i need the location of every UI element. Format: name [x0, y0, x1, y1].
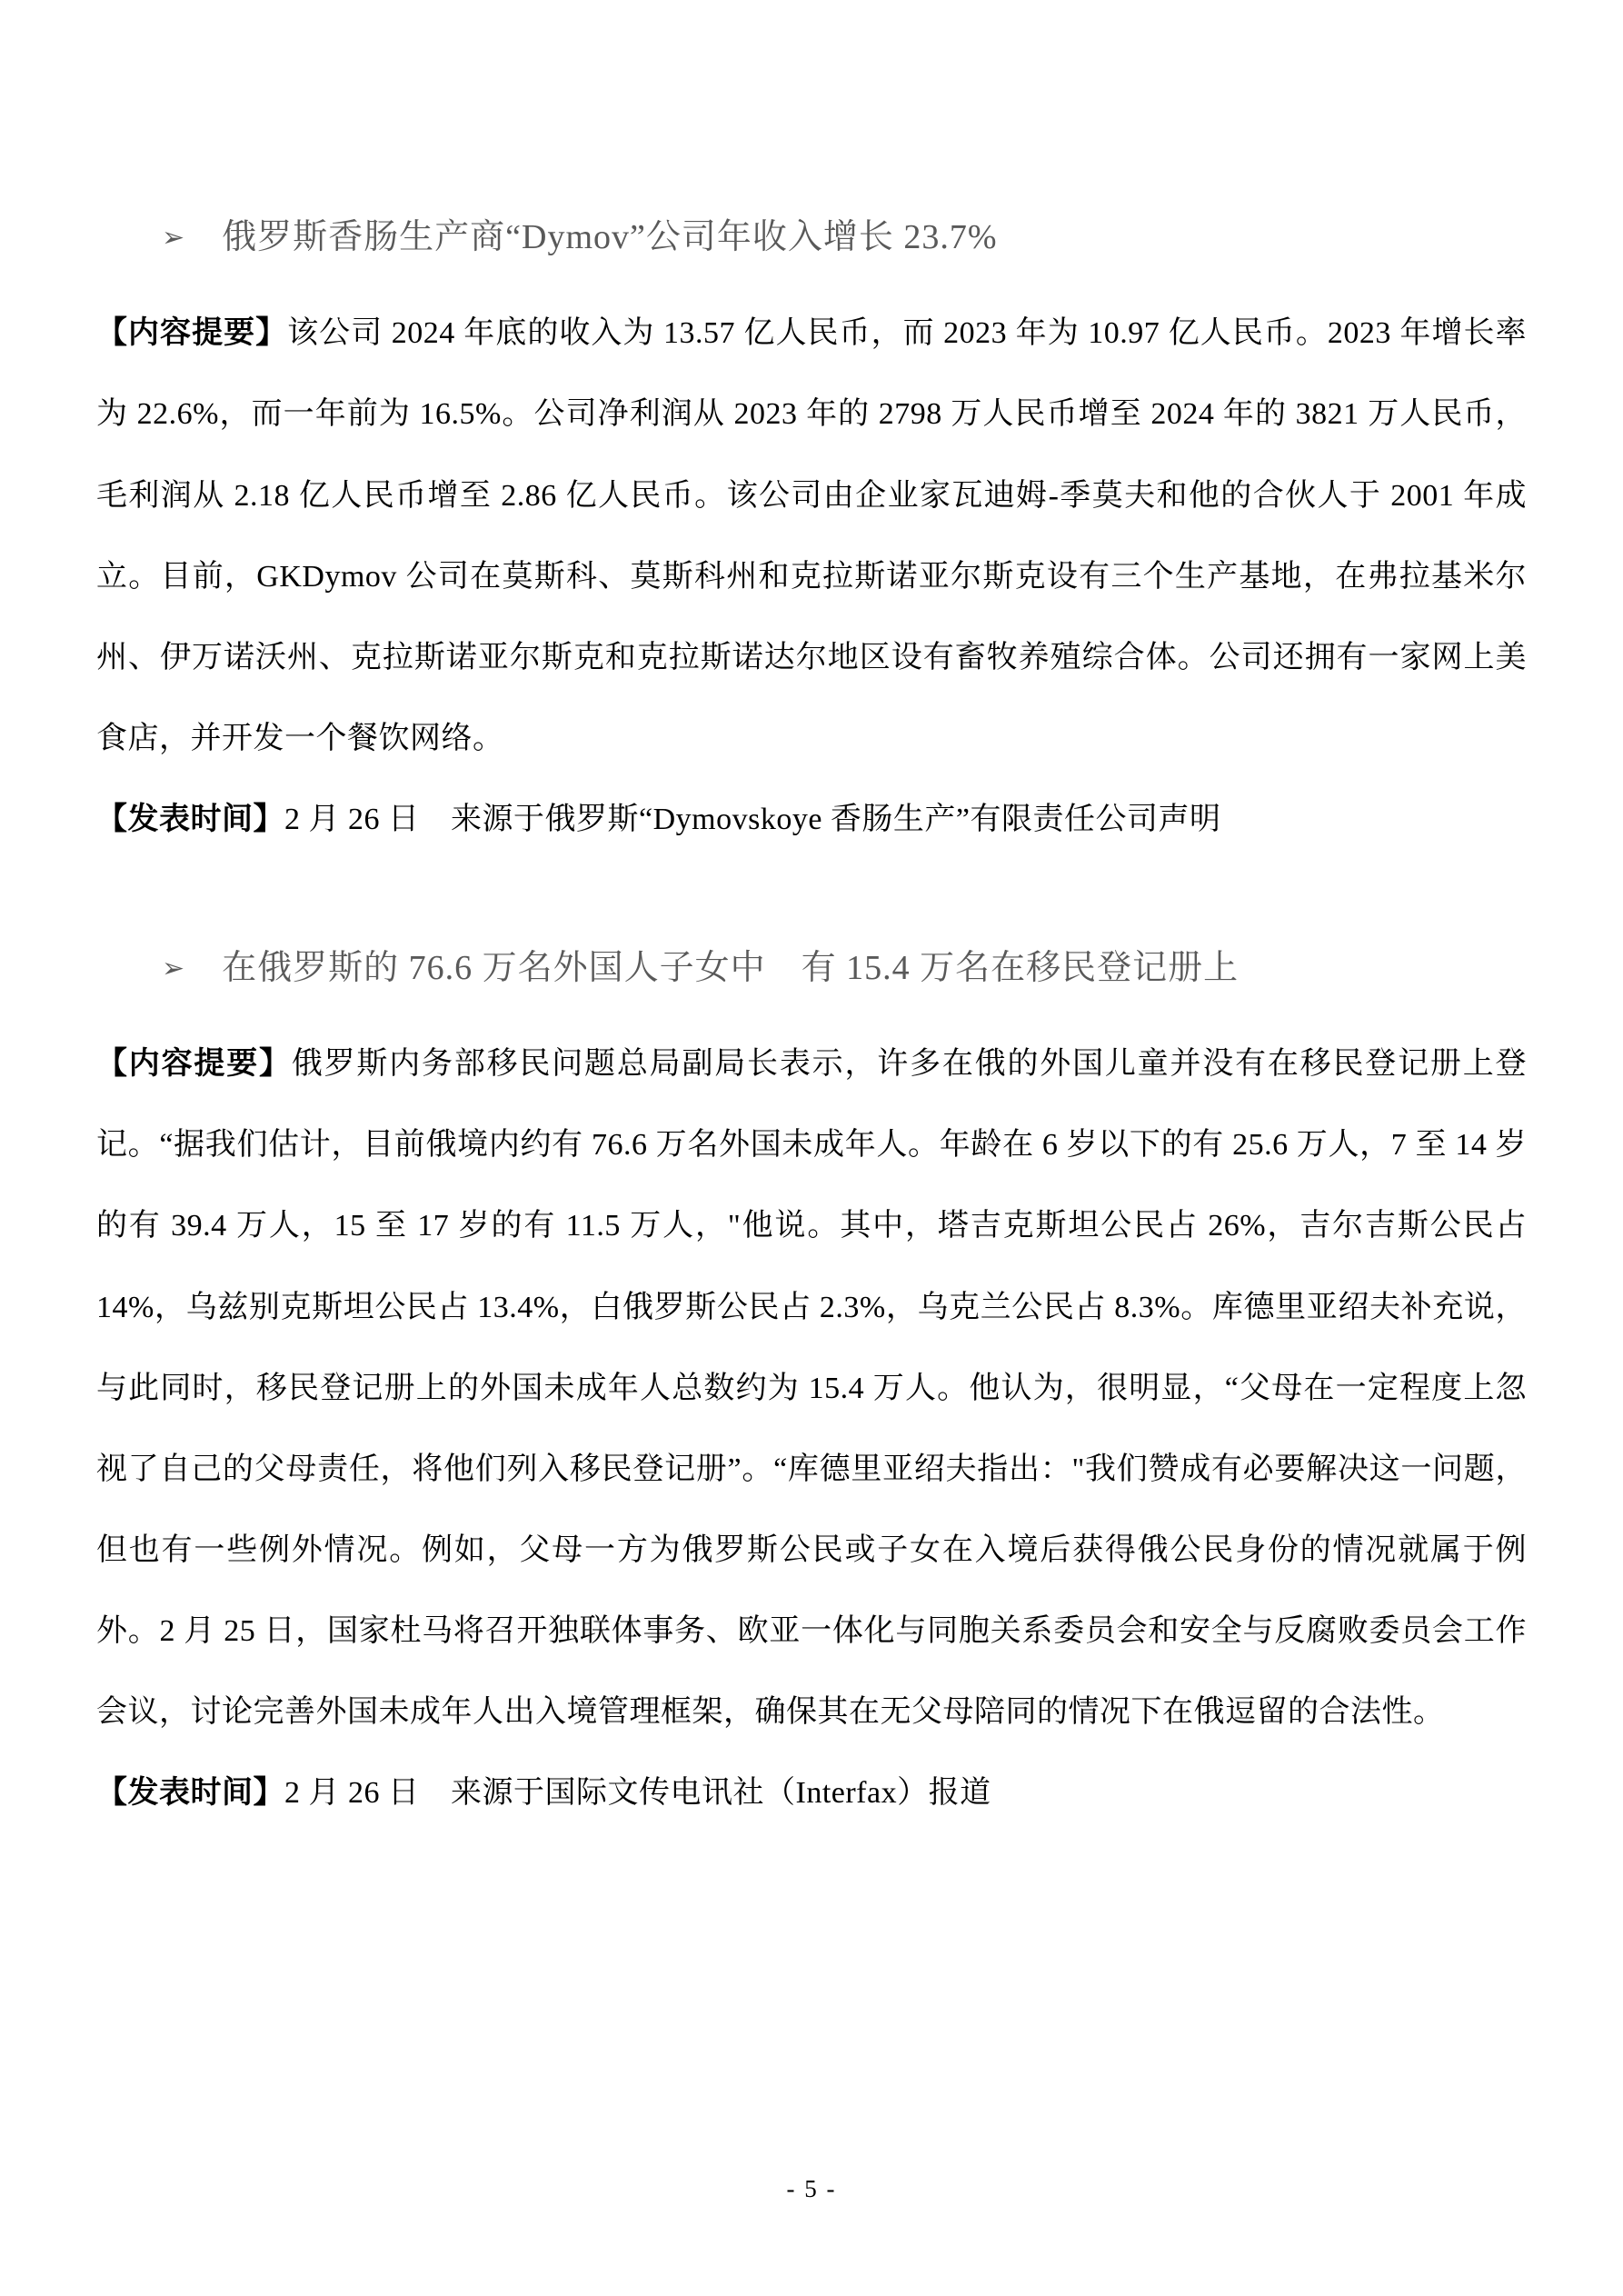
publish-time-line: 【发表时间】2 月 26 日 来源于国际文传电讯社（Interfax）报道 — [96, 1752, 1527, 1833]
news-item-heading: ➢ 俄罗斯香肠生产商“Dymov”公司年收入增长 23.7% — [96, 215, 1527, 260]
summary-label: 【内容提要】 — [96, 316, 287, 350]
page-number: - 5 - — [0, 2175, 1623, 2203]
news-item-heading: ➢ 在俄罗斯的 76.6 万名外国人子女中 有 15.4 万名在移民登记册上 — [96, 946, 1527, 991]
arrow-bullet-icon: ➢ — [162, 220, 185, 255]
summary-text: 俄罗斯内务部移民问题总局副局长表示，许多在俄的外国儿童并没有在移民登记册上登记。… — [96, 1047, 1527, 1729]
news-item: ➢ 在俄罗斯的 76.6 万名外国人子女中 有 15.4 万名在移民登记册上 【… — [96, 946, 1527, 1833]
summary-paragraph: 【内容提要】俄罗斯内务部移民问题总局副局长表示，许多在俄的外国儿童并没有在移民登… — [96, 1023, 1527, 1752]
summary-paragraph: 【内容提要】该公司 2024 年底的收入为 13.57 亿人民币，而 2023 … — [96, 293, 1527, 778]
time-label: 【发表时间】 — [96, 803, 284, 836]
arrow-bullet-icon: ➢ — [162, 951, 185, 986]
news-item-heading-text: 俄罗斯香肠生产商“Dymov”公司年收入增长 23.7% — [222, 215, 997, 260]
news-item: ➢ 俄罗斯香肠生产商“Dymov”公司年收入增长 23.7% 【内容提要】该公司… — [96, 215, 1527, 860]
publish-time-line: 【发表时间】2 月 26 日 来源于俄罗斯“Dymovskoye 香肠生产”有限… — [96, 779, 1527, 860]
document-page: ➢ 俄罗斯香肠生产商“Dymov”公司年收入增长 23.7% 【内容提要】该公司… — [0, 0, 1623, 2296]
page-content: ➢ 俄罗斯香肠生产商“Dymov”公司年收入增长 23.7% 【内容提要】该公司… — [0, 0, 1623, 1833]
news-item-heading-text: 在俄罗斯的 76.6 万名外国人子女中 有 15.4 万名在移民登记册上 — [222, 946, 1239, 991]
time-text: 2 月 26 日 来源于国际文传电讯社（Interfax）报道 — [284, 1776, 991, 1810]
summary-label: 【内容提要】 — [96, 1047, 292, 1081]
summary-text: 该公司 2024 年底的收入为 13.57 亿人民币，而 2023 年为 10.… — [96, 316, 1527, 754]
time-text: 2 月 26 日 来源于俄罗斯“Dymovskoye 香肠生产”有限责任公司声明 — [284, 803, 1221, 836]
time-label: 【发表时间】 — [96, 1776, 284, 1810]
